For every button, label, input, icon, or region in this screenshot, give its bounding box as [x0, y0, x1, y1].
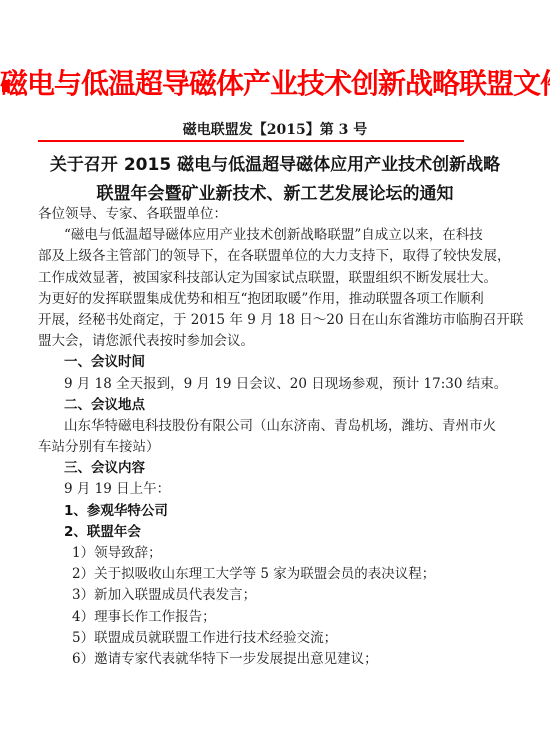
body-line: 3）新加入联盟成员代表发言；: [38, 585, 483, 606]
document-page: 磁电与低温超导磁体产业技术创新战略联盟文件 磁电联盟发【2015】第 3 号 关…: [0, 0, 550, 749]
body-line: 2）关于拟吸收山东理工大学等 5 家为联盟会员的表决议程；: [38, 564, 483, 585]
body-line: 9 月 18 全天报到，9 月 19 日会议、20 日现场参观，预计 17:30…: [38, 374, 483, 395]
document-number: 磁电联盟发【2015】第 3 号: [0, 121, 550, 139]
body-line: 4）理事长作工作报告；: [38, 607, 483, 628]
body-line: 1、参观华特公司: [38, 501, 483, 522]
body-line: 为更好的发挥联盟集成优势和相互“抱团取暖”作用，推动联盟各项工作顺利: [38, 289, 483, 310]
document-body: 各位领导、专家、各联盟单位：“磁电与低温超导磁体应用产业技术创新战略联盟”自成立…: [38, 204, 483, 670]
subject-heading-line-1: 关于召开 2015 磁电与低温超导磁体应用产业技术创新战略: [0, 151, 550, 180]
body-line: 各位领导、专家、各联盟单位：: [38, 204, 483, 225]
body-line: 部及上级各主管部门的领导下，在各联盟单位的大力支持下，取得了较快发展，: [38, 246, 483, 267]
body-line: “磁电与低温超导磁体应用产业技术创新战略联盟”自成立以来，在科技: [38, 225, 483, 246]
red-divider-line: [38, 140, 464, 142]
body-line: 车站分别有车接站）: [38, 437, 483, 458]
subject-heading: 关于召开 2015 磁电与低温超导磁体应用产业技术创新战略 联盟年会暨矿业新技术…: [0, 151, 550, 209]
body-line: 一、会议时间: [38, 352, 483, 373]
body-line: 山东华特磁电科技股份有限公司（山东济南、青岛机场，潍坊、青州市火: [38, 416, 483, 437]
body-line: 5）联盟成员就联盟工作进行技术经验交流；: [38, 628, 483, 649]
body-line: 6）邀请专家代表就华特下一步发展提出意见建议；: [38, 649, 483, 670]
body-line: 工作成效显著，被国家科技部认定为国家试点联盟，联盟组织不断发展壮大。: [38, 268, 483, 289]
letterhead-title: 磁电与低温超导磁体产业技术创新战略联盟文件: [0, 63, 550, 105]
body-line: 三、会议内容: [38, 458, 483, 479]
body-line: 1）领导致辞；: [38, 543, 483, 564]
body-line: 2、联盟年会: [38, 522, 483, 543]
body-line: 开展，经秘书处商定，于 2015 年 9 月 18 日～20 日在山东省潍坊市临…: [38, 310, 483, 331]
body-line: 9 月 19 日上午：: [38, 479, 483, 500]
body-line: 盟大会，请您派代表按时参加会议。: [38, 331, 483, 352]
body-line: 二、会议地点: [38, 395, 483, 416]
